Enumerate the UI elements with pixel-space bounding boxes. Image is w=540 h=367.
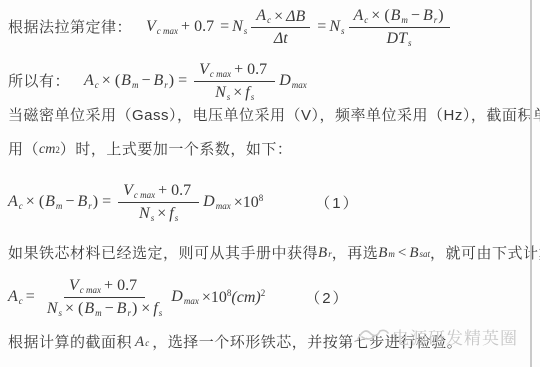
math-operator: − [62,193,77,211]
math-operator: + 0.7 [231,60,270,79]
math-var-Ns: Ns [215,83,230,103]
units-paragraph-line1: 当磁密单位采用（Gass），电压单位采用（V），频率单位采用（Hz），截面积单位… [8,105,540,126]
core-material-line: 如果铁芯材料已经选定，则可从其手册中获得 Br ，再选 Bm < Bsat ，就… [8,243,540,264]
math-var-DTs: DTs [387,29,412,49]
math-operator: + 0.7 [178,18,217,36]
math-var-Vcmax: Vc max [69,276,101,296]
math-power-ten: ×108 [199,288,232,307]
math-var-Bsat: Bsat [409,245,430,262]
math-unit-cm-squared: (cm)2 [231,288,265,307]
math-var-Ns: Ns [232,18,247,36]
therefore-label: 所以有： [8,71,70,92]
math-operator: − [102,299,117,318]
math-operator: − [138,72,153,90]
math-var-Ac: Ac [8,288,23,306]
math-paren: ( [77,299,84,318]
math-paren: ( [38,193,45,211]
equation-number-2: （2） [305,287,349,308]
math-operator: × [23,193,38,211]
math-var-Ns: Ns [139,204,154,224]
conclusion-text: 根据计算的截面积 [8,332,132,353]
fraction: Ac × ΔB Δt [251,6,310,48]
core-material-text: 如果铁芯材料已经选定，则可从其手册中获得 [8,243,318,264]
units-text: 用（ [8,139,39,160]
math-operator-lt: < [395,245,409,262]
formula-1: Ac × ( Bm − Br ) = Vc max + 0.7 Ns × fs … [8,181,360,224]
math-var-Dmax: Dmax [171,288,199,306]
math-var-Dmax: Dmax [279,72,307,90]
formula-1-equation: Ac × ( Bm − Br ) = Vc max + 0.7 Ns × fs … [8,181,263,224]
watermark-text: 电源研发精英圈 [392,324,518,349]
math-operator: + 0.7 [101,276,140,295]
core-material-text: ，就可由下式计算： [430,243,540,264]
math-var-Br: Br [117,299,131,319]
math-var-Bm: Bm [121,72,138,90]
math-operator: = [23,288,38,306]
math-var-Bm: Bm [84,299,101,319]
math-operator: × [138,299,153,318]
fraction: Ac × ( Bm − Br ) DTs [349,6,450,49]
math-operator: + 0.7 [155,181,194,200]
math-var-fs: fs [169,204,178,224]
math-operator: = [314,18,329,36]
math-operator: × [271,7,286,26]
math-var-Bm: Bm [391,6,408,26]
math-operator: × [230,83,245,102]
units-text: 当磁密单位采用（Gass），电压单位采用（V），频率单位采用（Hz），截面积单位… [8,105,540,126]
math-paren: ) [168,72,175,90]
math-operator: × [154,204,169,223]
faraday-law-line: 根据法拉第定律： Vc max + 0.7 = Ns Ac × ΔB Δt = … [8,6,454,49]
right-border-line [530,0,532,367]
math-var-Ac: Ac [354,6,369,26]
formula-2-equation: Ac = Vc max + 0.7 Ns × ( Bm − Br ) × fs … [8,276,265,319]
math-operator: = [175,72,190,90]
math-var-Ns: Ns [47,299,62,319]
fraction: Vc max + 0.7 Ns × ( Bm − Br ) × fs [42,276,167,319]
math-var-cm2: cm2 [39,142,60,158]
math-paren: ) [92,193,99,211]
math-var-Vcmax: Vc max [146,18,178,36]
math-var-fs: fs [245,83,254,103]
math-var-Br: Br [423,6,437,26]
math-var-Bm: Bm [378,245,395,262]
math-operator: = [217,18,232,36]
fraction: Vc max + 0.7 Ns × fs [194,60,275,103]
math-operator: × [99,72,114,90]
math-paren: ) [131,299,138,318]
math-var-Dmax: Dmax [203,193,231,211]
math-operator: × [62,299,77,318]
derived-line: 所以有： Ac × ( Bm − Br ) = Vc max + 0.7 Ns … [8,60,307,103]
faraday-equation: Vc max + 0.7 = Ns Ac × ΔB Δt = Ns Ac × (… [146,6,454,49]
derived-equation: Ac × ( Bm − Br ) = Vc max + 0.7 Ns × fs … [84,60,307,103]
math-paren: ) [437,6,444,25]
math-var-Ac: Ac [8,193,23,211]
watermark-logo-icon [356,323,390,350]
math-var-Ac: Ac [256,6,271,26]
math-var-Vcmax: Vc max [199,60,231,80]
math-var-Ac: Ac [135,334,149,351]
units-text: ）时，上式要加一个系数，如下： [60,139,293,160]
math-var-deltat: Δt [274,29,288,48]
units-paragraph-line2: 用（ cm2 ）时，上式要加一个系数，如下： [8,139,292,160]
math-var-Br: Br [318,245,332,262]
faraday-label: 根据法拉第定律： [8,17,132,38]
math-var-fs: fs [153,299,162,319]
math-var-Br: Br [77,193,91,211]
formula-2: Ac = Vc max + 0.7 Ns × ( Bm − Br ) × fs … [8,276,350,319]
core-material-text: ，再选 [332,243,379,264]
math-paren: ( [383,6,390,25]
math-var-Br: Br [153,72,167,90]
math-var-Bm: Bm [45,193,62,211]
watermark: 电源研发精英圈 [356,323,518,350]
math-var-Ns: Ns [329,18,344,36]
math-power-ten: ×108 [231,193,264,212]
math-operator: × [368,6,383,25]
equation-number-1: （1） [315,192,359,213]
math-var-Vcmax: Vc max [123,181,155,201]
math-paren: ( [114,72,121,90]
math-var-Ac: Ac [84,72,99,90]
fraction: Vc max + 0.7 Ns × fs [118,181,199,224]
math-operator: − [408,6,423,25]
math-operator: = [99,193,114,211]
math-var-deltaB: ΔB [286,7,305,26]
